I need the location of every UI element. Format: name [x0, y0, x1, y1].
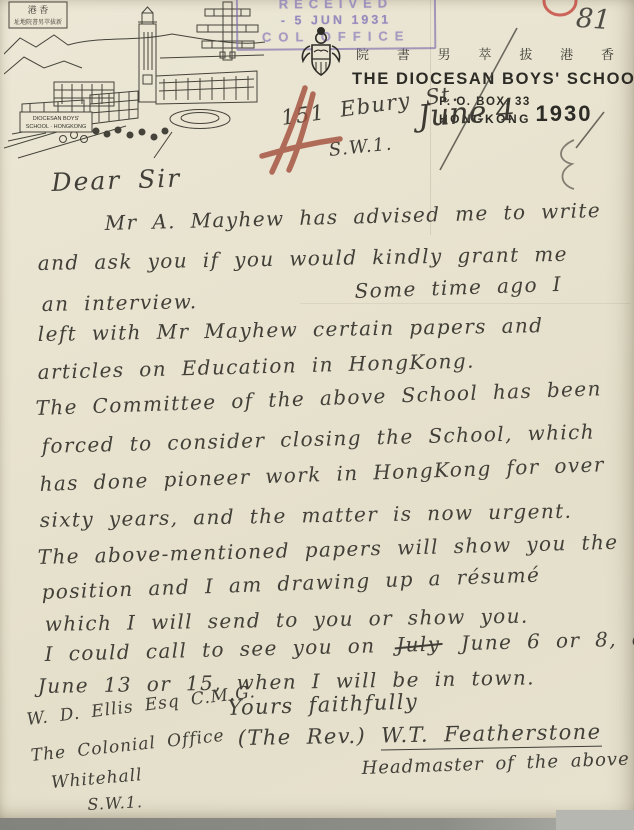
call-line-struck-word: July — [396, 632, 441, 657]
folio-number: 81 — [575, 3, 611, 36]
stamp-received-text: RECEIVED — [238, 0, 434, 12]
illustration-caption-line1: DIOCESAN BOYS' — [33, 116, 80, 122]
school-campus-illustration: 港 香 址地院書男萃拔新 DIOCESAN BOYS' SCHOOL · HON… — [4, 0, 269, 160]
school-crest-icon — [296, 26, 346, 96]
letterhead-cn-char: 港 — [560, 44, 573, 63]
letter-line: an interview. — [42, 289, 198, 316]
paper-crease — [300, 303, 630, 304]
illustration-label-cn-large: 港 香 — [28, 4, 49, 15]
signature-line: (The Rev.) W.T. Featherstone — [238, 720, 602, 750]
letterhead-cn-char: 萃 — [478, 44, 491, 63]
scan-background — [556, 810, 634, 830]
scanned-letter-page: { "colors": { "paper": "#e8e3cf", "handw… — [0, 0, 634, 830]
letterhead-cn-char: 拔 — [519, 44, 532, 63]
call-line-post: June 6 or 8, or — [461, 626, 634, 655]
illustration-label-cn-small: 址地院書男萃拔新 — [14, 18, 62, 26]
letterhead-cn-char: 香 — [601, 44, 614, 63]
signature-prefix: (The Rev.) — [238, 724, 367, 750]
school-name: THE DIOCESAN BOYS' SCHOOL — [352, 70, 618, 89]
salutation: Dear Sir — [51, 163, 182, 197]
recipient-line4: S.W.1. — [87, 792, 143, 814]
letterhead-cn-char: 男 — [438, 44, 451, 63]
illustration-caption-line2: SCHOOL · HONGKONG — [26, 124, 87, 130]
illustration-caption: DIOCESAN BOYS' SCHOOL · HONGKONG — [20, 112, 92, 132]
signature-name: W.T. Featherstone — [381, 720, 602, 751]
date-printed: 1930 — [536, 101, 593, 127]
